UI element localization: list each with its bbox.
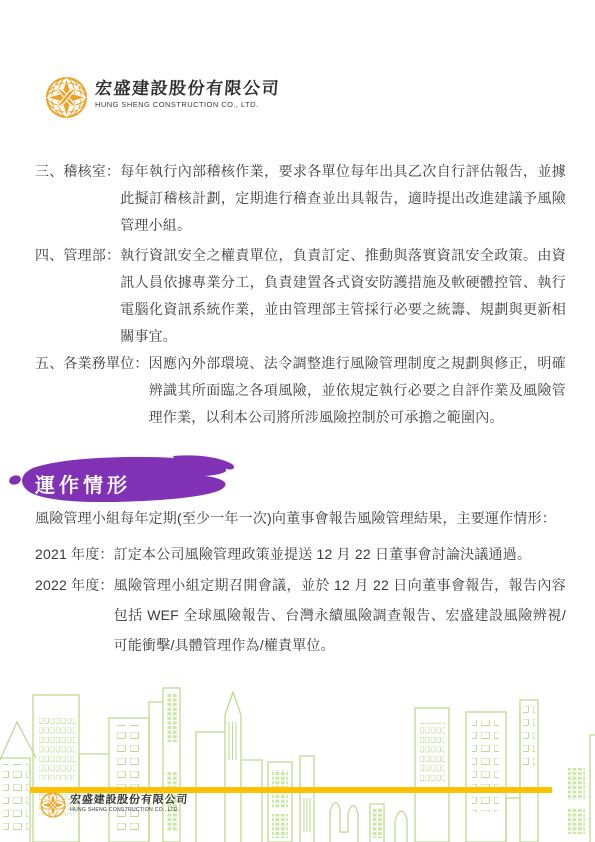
header-logo-text: 宏盛建設股份有限公司 HUNG SHENG CONSTRUCTION CO., … <box>95 76 280 110</box>
operations-intro: 風險管理小組每年定期(至少一年一次)向董事會報告風險管理結果，主要運作情形： <box>35 504 566 533</box>
company-name-en: HUNG SHENG CONSTRUCTION CO., LTD. <box>70 807 188 814</box>
footer-logo-text: 宏盛建設股份有限公司 HUNG SHENG CONSTRUCTION CO., … <box>70 792 188 814</box>
paragraph-audit-office: 三、稽核室： 每年執行內部稽核作業，要求各單位每年出具乙次自行評估報告，並據此擬… <box>35 158 566 239</box>
paragraph-text: 因應內外部環境、法令調整進行風險管理制度之規劃與修正，明確辨識其所面臨之各項風險… <box>149 350 566 431</box>
year-entry-2021: 2021 年度： 訂定本公司風險管理政策並提送 12 月 22 日董事會討論決議… <box>35 540 566 569</box>
header-logo: 宏盛建設股份有限公司 HUNG SHENG CONSTRUCTION CO., … <box>45 76 280 119</box>
paragraph-admin-dept: 四、管理部： 執行資訊安全之權責單位，負責訂定、推動與落實資訊安全政策。由資訊人… <box>35 242 566 350</box>
paragraph-text: 每年執行內部稽核作業，要求各單位每年出具乙次自行評估報告，並據此擬訂稽核計劃，定… <box>120 158 566 239</box>
year-text: 訂定本公司風險管理政策並提送 12 月 22 日董事會討論決議通過。 <box>114 540 566 569</box>
paragraph-business-units: 五、各業務單位： 因應內外部環境、法令調整進行風險管理制度之規劃與修正，明確辨識… <box>35 350 566 431</box>
company-emblem-icon <box>45 76 88 119</box>
company-emblem-icon <box>40 792 66 818</box>
paragraph-label: 五、各業務單位： <box>35 350 149 377</box>
operations-intro-text: 風險管理小組每年定期(至少一年一次)向董事會報告風險管理結果，主要運作情形： <box>35 504 566 533</box>
document-page: 宏盛建設股份有限公司 HUNG SHENG CONSTRUCTION CO., … <box>0 0 595 842</box>
year-label: 2021 年度： <box>35 540 114 569</box>
company-name-en: HUNG SHENG CONSTRUCTION CO., LTD. <box>95 100 280 110</box>
section-title: 運作情形 <box>35 469 131 498</box>
paragraph-text: 執行資訊安全之權責單位，負責訂定、推動與落實資訊安全政策。由資訊人員依據專業分工… <box>120 242 566 350</box>
paragraph-label: 四、管理部： <box>35 242 120 269</box>
company-name-zh: 宏盛建設股份有限公司 <box>94 78 281 100</box>
year-text: 風險管理小組定期召開會議，並於 12 月 22 日向董事會報告，報告內容包括 W… <box>114 570 566 660</box>
paragraph-label: 三、稽核室： <box>35 158 120 185</box>
company-name-zh: 宏盛建設股份有限公司 <box>70 793 189 807</box>
footer-logo: 宏盛建設股份有限公司 HUNG SHENG CONSTRUCTION CO., … <box>40 792 188 818</box>
year-entry-2022: 2022 年度： 風險管理小組定期召開會議，並於 12 月 22 日向董事會報告… <box>35 570 566 660</box>
section-banner: 運作情形 <box>5 452 237 508</box>
year-label: 2022 年度： <box>35 570 114 600</box>
